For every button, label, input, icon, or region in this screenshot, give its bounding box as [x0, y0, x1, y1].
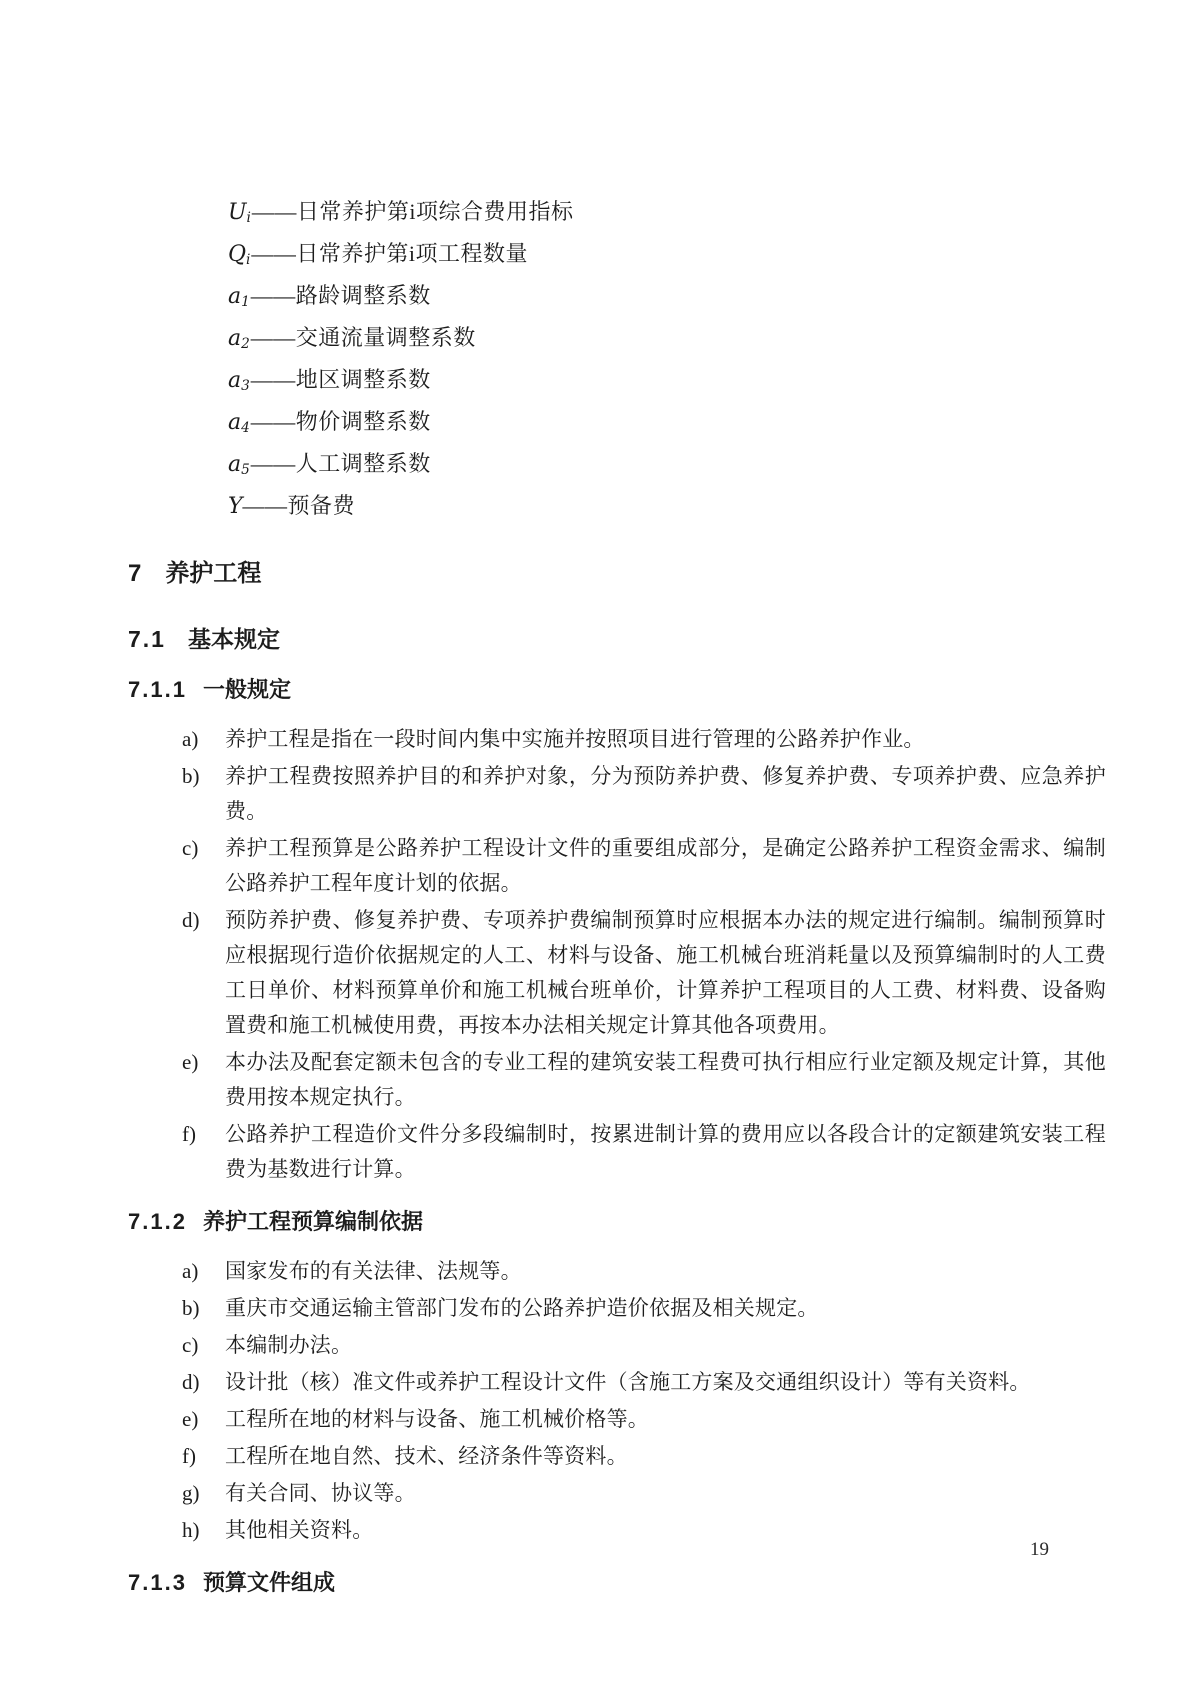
definition-line: Y——预备费: [228, 488, 1106, 524]
variable-subscript: 3: [241, 378, 250, 394]
definition-text: ——预备费: [243, 493, 356, 518]
list-item-marker: f): [182, 1439, 225, 1474]
subsection-number: 7.1.2: [128, 1209, 187, 1234]
definition-text: ——日常养护第i项工程数量: [251, 241, 528, 266]
document-page: Ui——日常养护第i项综合费用指标 Qi——日常养护第i项工程数量 a1——路龄…: [0, 0, 1190, 1683]
math-symbol: a2: [228, 325, 251, 350]
subsection-title: 一般规定: [203, 677, 291, 702]
math-symbol: Y: [228, 493, 243, 518]
list-item-marker: g): [182, 1476, 225, 1511]
list-item: e) 工程所在地的材料与设备、施工机械价格等。: [128, 1402, 1106, 1437]
subsection: 7.1.1一般规定 a) 养护工程是指在一段时间内集中实施并按照项目进行管理的公…: [128, 675, 1106, 1187]
chapter-number: 7: [128, 560, 143, 587]
subsection-heading: 7.1.3预算文件组成: [128, 1568, 1106, 1598]
list-item: g) 有关合同、协议等。: [128, 1476, 1106, 1511]
list-item-marker: d): [182, 1365, 225, 1400]
list-item-text: 养护工程是指在一段时间内集中实施并按照项目进行管理的公路养护作业。: [225, 722, 1106, 757]
list-item-text: 设计批（核）准文件或养护工程设计文件（含施工方案及交通组织设计）等有关资料。: [225, 1365, 1106, 1400]
variable-letter: Q: [228, 242, 246, 267]
list-item: f) 公路养护工程造价文件分多段编制时，按累进制计算的费用应以各段合计的定额建筑…: [128, 1117, 1106, 1187]
list-item: a) 国家发布的有关法律、法规等。: [128, 1254, 1106, 1289]
list-item-text: 国家发布的有关法律、法规等。: [225, 1254, 1106, 1289]
chapter-title: 养护工程: [165, 560, 261, 587]
variable-letter: U: [228, 200, 247, 225]
list-item-marker: e): [182, 1045, 225, 1115]
page-number: 19: [1030, 1538, 1049, 1562]
math-symbol: a4: [228, 409, 251, 434]
math-symbol: a1: [228, 283, 251, 308]
variable-letter: a: [228, 326, 241, 351]
variable-subscript: 5: [241, 462, 250, 478]
variable-letter: a: [228, 284, 241, 309]
subsection-title: 养护工程预算编制依据: [203, 1209, 423, 1234]
list-item-marker: c): [182, 831, 225, 901]
variable-letter: a: [228, 410, 241, 435]
definition-text: ——交通流量调整系数: [251, 325, 476, 350]
list-item: e) 本办法及配套定额未包含的专业工程的建筑安装工程费可执行相应行业定额及规定计…: [128, 1045, 1106, 1115]
definition-line: a3——地区调整系数: [228, 362, 1106, 404]
variable-letter: Y: [228, 494, 243, 519]
chapter-heading: 7养护工程: [128, 558, 1106, 590]
definition-line: Ui——日常养护第i项综合费用指标: [228, 194, 1106, 236]
list-item-text: 工程所在地的材料与设备、施工机械价格等。: [225, 1402, 1106, 1437]
definition-line: a1——路龄调整系数: [228, 278, 1106, 320]
list-item-text: 重庆市交通运输主管部门发布的公路养护造价依据及相关规定。: [225, 1291, 1106, 1326]
definition-line: a5——人工调整系数: [228, 446, 1106, 488]
math-symbol: Qi: [228, 241, 251, 266]
list-item: h) 其他相关资料。: [128, 1513, 1106, 1548]
list-item: b) 养护工程费按照养护目的和养护对象，分为预防养护费、修复养护费、专项养护费、…: [128, 759, 1106, 829]
subsection-heading: 7.1.1一般规定: [128, 675, 1106, 705]
list-item: c) 本编制办法。: [128, 1328, 1106, 1363]
subsection-number: 7.1.3: [128, 1570, 187, 1595]
subsection-items: a) 养护工程是指在一段时间内集中实施并按照项目进行管理的公路养护作业。 b) …: [128, 722, 1106, 1187]
list-item: b) 重庆市交通运输主管部门发布的公路养护造价依据及相关规定。: [128, 1291, 1106, 1326]
list-item: a) 养护工程是指在一段时间内集中实施并按照项目进行管理的公路养护作业。: [128, 722, 1106, 757]
list-item-text: 有关合同、协议等。: [225, 1476, 1106, 1511]
variable-subscript: 1: [241, 294, 250, 310]
variable-subscript: 2: [241, 336, 250, 352]
subsection-title: 预算文件组成: [203, 1570, 335, 1595]
list-item-text: 其他相关资料。: [225, 1513, 1106, 1548]
list-item: f) 工程所在地自然、技术、经济条件等资料。: [128, 1439, 1106, 1474]
variable-subscript: 4: [241, 420, 250, 436]
subsection: 7.1.3预算文件组成: [128, 1568, 1106, 1598]
definition-line: Qi——日常养护第i项工程数量: [228, 236, 1106, 278]
list-item: c) 养护工程预算是公路养护工程设计文件的重要组成部分，是确定公路养护工程资金需…: [128, 831, 1106, 901]
list-item-text: 本办法及配套定额未包含的专业工程的建筑安装工程费可执行相应行业定额及规定计算，其…: [225, 1045, 1106, 1115]
subsections-container: 7.1.1一般规定 a) 养护工程是指在一段时间内集中实施并按照项目进行管理的公…: [128, 675, 1106, 1598]
list-item-text: 养护工程预算是公路养护工程设计文件的重要组成部分，是确定公路养护工程资金需求、编…: [225, 831, 1106, 901]
section-title: 基本规定: [188, 626, 280, 652]
definition-line: a2——交通流量调整系数: [228, 320, 1106, 362]
math-symbol: a3: [228, 367, 251, 392]
list-item-text: 工程所在地自然、技术、经济条件等资料。: [225, 1439, 1106, 1474]
definition-text: ——日常养护第i项综合费用指标: [252, 199, 574, 224]
symbol-definitions: Ui——日常养护第i项综合费用指标 Qi——日常养护第i项工程数量 a1——路龄…: [228, 194, 1106, 524]
section-heading: 7.1基本规定: [128, 623, 1106, 655]
list-item: d) 预防养护费、修复养护费、专项养护费编制预算时应根据本办法的规定进行编制。编…: [128, 903, 1106, 1043]
variable-letter: a: [228, 452, 241, 477]
list-item-text: 本编制办法。: [225, 1328, 1106, 1363]
subsection-items: a) 国家发布的有关法律、法规等。 b) 重庆市交通运输主管部门发布的公路养护造…: [128, 1254, 1106, 1548]
list-item-text: 公路养护工程造价文件分多段编制时，按累进制计算的费用应以各段合计的定额建筑安装工…: [225, 1117, 1106, 1187]
section-number: 7.1: [128, 626, 166, 652]
list-item-marker: c): [182, 1328, 225, 1363]
subsection-number: 7.1.1: [128, 677, 187, 702]
variable-letter: a: [228, 368, 241, 393]
definition-text: ——路龄调整系数: [251, 283, 431, 308]
list-item-marker: h): [182, 1513, 225, 1548]
definition-line: a4——物价调整系数: [228, 404, 1106, 446]
definition-text: ——物价调整系数: [251, 409, 431, 434]
list-item: d) 设计批（核）准文件或养护工程设计文件（含施工方案及交通组织设计）等有关资料…: [128, 1365, 1106, 1400]
math-symbol: a5: [228, 451, 251, 476]
list-item-marker: a): [182, 722, 225, 757]
definition-text: ——地区调整系数: [251, 367, 431, 392]
definition-text: ——人工调整系数: [251, 451, 431, 476]
list-item-text: 预防养护费、修复养护费、专项养护费编制预算时应根据本办法的规定进行编制。编制预算…: [225, 903, 1106, 1043]
list-item-text: 养护工程费按照养护目的和养护对象，分为预防养护费、修复养护费、专项养护费、应急养…: [225, 759, 1106, 829]
list-item-marker: d): [182, 903, 225, 1043]
list-item-marker: a): [182, 1254, 225, 1289]
subsection: 7.1.2养护工程预算编制依据 a) 国家发布的有关法律、法规等。 b) 重庆市…: [128, 1207, 1106, 1548]
subsection-heading: 7.1.2养护工程预算编制依据: [128, 1207, 1106, 1237]
variable-subscript: i: [246, 252, 250, 268]
page-content: Ui——日常养护第i项综合费用指标 Qi——日常养护第i项工程数量 a1——路龄…: [0, 0, 1190, 1598]
list-item-marker: e): [182, 1402, 225, 1437]
list-item-marker: f): [182, 1117, 225, 1187]
list-item-marker: b): [182, 759, 225, 829]
math-symbol: Ui: [228, 199, 252, 224]
variable-subscript: i: [247, 210, 251, 226]
list-item-marker: b): [182, 1291, 225, 1326]
